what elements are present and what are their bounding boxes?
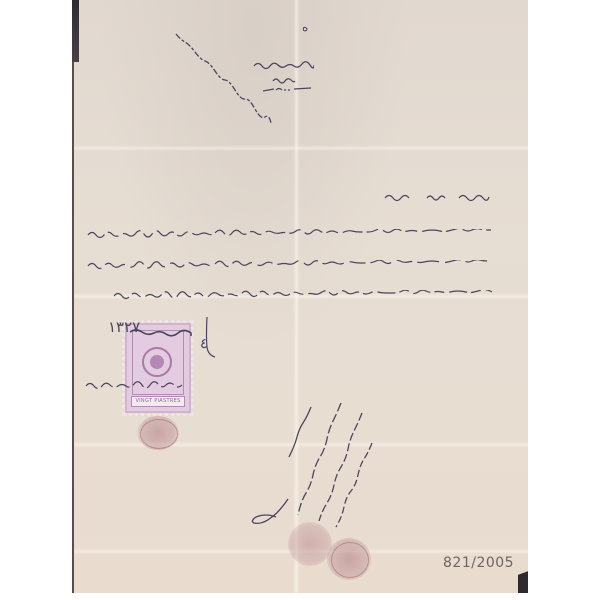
body-line-3 <box>112 290 492 300</box>
signature-seal-left <box>288 522 332 566</box>
salutation-line <box>383 192 493 202</box>
paper-shadow-top-left <box>72 0 79 62</box>
margin-bracket <box>205 315 217 360</box>
archive-number-note: 821/2005 <box>443 555 514 571</box>
stamp-denomination-label: VINGT PIASTRES <box>131 396 185 407</box>
body-line-1 <box>86 229 491 239</box>
signature-line-4 <box>330 440 375 540</box>
tughra-icon <box>150 355 164 369</box>
header-mark: ه <box>302 20 308 34</box>
diagonal-annotation <box>170 30 280 130</box>
signature-seal-right-ring <box>331 542 369 578</box>
paper-shadow-bottom-right <box>518 560 528 593</box>
signature-flourish <box>248 495 293 530</box>
stamp-text-line <box>84 380 184 390</box>
stamp-cancel-seal-ring <box>140 419 178 449</box>
stamp-cancel-stroke <box>128 328 193 338</box>
body-line-2 <box>86 260 491 270</box>
